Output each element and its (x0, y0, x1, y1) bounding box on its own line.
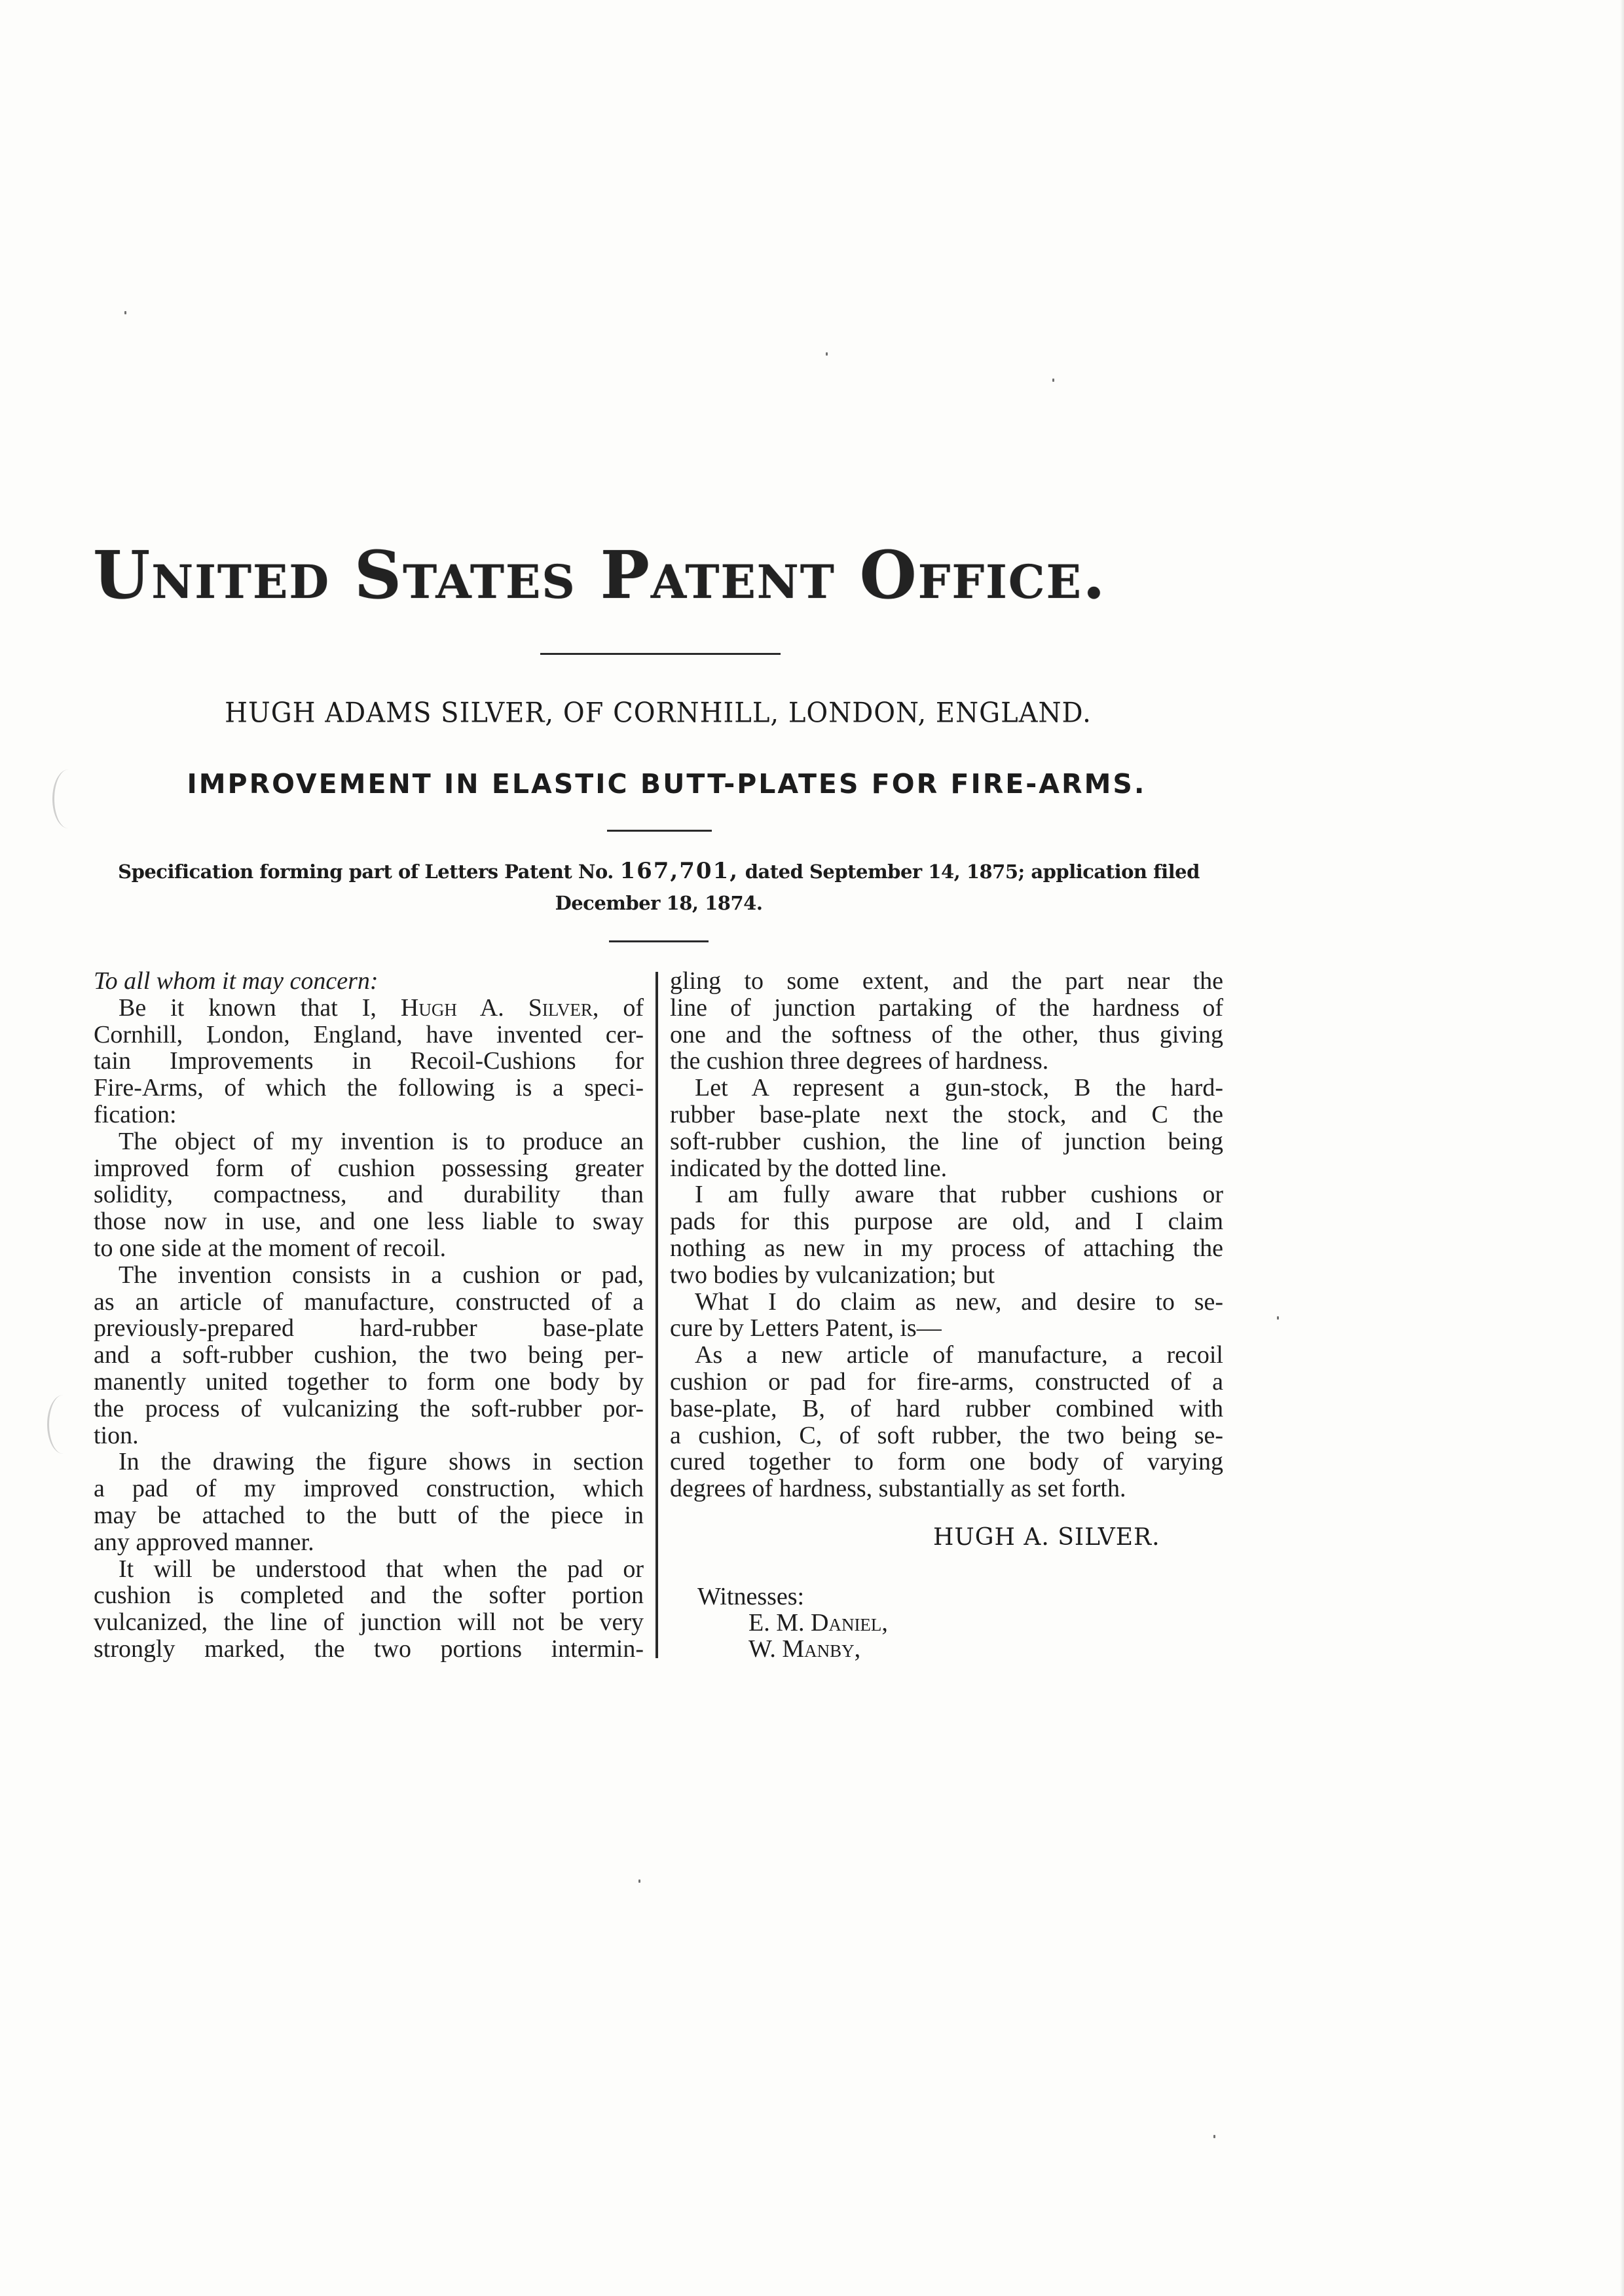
text-line: cure by Letters Patent, is— (670, 1315, 1223, 1342)
text-run: pads for this purpose are old, and I cla… (670, 1208, 1223, 1235)
text-run: two bodies by vulcanization; but (670, 1261, 995, 1289)
text-run: rubber base-plate next the stock, and C … (670, 1101, 1223, 1128)
text-run: cushion or pad for fire-arms, constructe… (670, 1368, 1223, 1396)
inventor-signature: HUGH A. SILVER. (933, 1523, 1160, 1552)
text-run: What I do claim as new, and desire to se… (695, 1288, 1223, 1316)
text-run: any approved manner. (94, 1528, 314, 1556)
text-line: manently united together to form one bod… (94, 1369, 644, 1396)
text-line: base-plate, B, of hard rubber combined w… (670, 1396, 1223, 1422)
text-line: In the drawing the figure shows in secti… (94, 1449, 644, 1475)
title-rule (607, 830, 712, 832)
text-line: a cushion, C, of soft rubber, the two be… (670, 1422, 1223, 1449)
text-line: those now in use, and one less liable to… (94, 1208, 644, 1235)
text-run: a pad of my improved construction, which (94, 1475, 644, 1502)
text-line: a pad of my improved construction, which (94, 1475, 644, 1502)
text-line: The invention consists in a cushion or p… (94, 1262, 644, 1289)
text-line: as an article of manufacture, constructe… (94, 1289, 644, 1316)
text-line: degrees of hardness, substantially as se… (670, 1475, 1223, 1502)
text-run: a cushion, C, of soft rubber, the two be… (670, 1422, 1223, 1449)
specification-rule (609, 940, 709, 942)
invention-title: IMPROVEMENT IN ELASTIC BUTT-PLATES FOR F… (0, 768, 1333, 800)
text-run: the cushion three degrees of hardness. (670, 1047, 1048, 1075)
text-line: gling to some extent, and the part near … (670, 968, 1223, 995)
text-run: line of junction partaking of the hardne… (670, 994, 1223, 1022)
text-run: degrees of hardness, substantially as se… (670, 1475, 1126, 1502)
scan-speck (1213, 2135, 1215, 2138)
text-run: improved form of cushion possessing grea… (94, 1155, 644, 1182)
text-run: previously-prepared hard-rubber base-pla… (94, 1314, 644, 1342)
right-column-body: gling to some extent, and the part near … (670, 968, 1223, 1502)
application-filed-date: December 18, 1874. (0, 887, 1318, 919)
text-run: In the drawing the figure shows in secti… (119, 1448, 644, 1475)
text-line: line of junction partaking of the hardne… (670, 995, 1223, 1022)
patent-number: 167,701, (619, 858, 739, 884)
scan-speck (826, 352, 828, 356)
text-run: the process of vulcanizing the soft-rubb… (94, 1395, 644, 1422)
text-line: tain Improvements in Recoil-Cushions for (94, 1048, 644, 1075)
text-line: and a soft-rubber cushion, the two being… (94, 1342, 644, 1369)
text-line: fication: (94, 1102, 644, 1128)
left-column: To all whom it may concern: Be it known … (94, 968, 644, 1663)
specification-dated: dated September 14, 1875; application fi… (745, 861, 1200, 883)
text-run: and a soft-rubber cushion, the two being… (94, 1341, 644, 1369)
scan-speck (124, 311, 126, 314)
text-run: to one side at the moment of recoil. (94, 1234, 446, 1262)
text-line: may be attached to the butt of the piece… (94, 1502, 644, 1529)
scan-edge-shadow (1620, 0, 1624, 2296)
specification-first-line: Specification forming part of Letters Pa… (0, 855, 1318, 887)
scan-speck (638, 1879, 640, 1883)
text-run: cure by Letters Patent, is— (670, 1314, 942, 1342)
text-line: Let A represent a gun-stock, B the hard- (670, 1075, 1223, 1102)
text-run: tain Improvements in Recoil-Cushions for (94, 1047, 644, 1075)
text-run: manently united together to form one bod… (94, 1368, 644, 1396)
witnesses-label: Witnesses: (697, 1583, 804, 1610)
text-line: strongly marked, the two portions interm… (94, 1636, 644, 1663)
text-line: pads for this purpose are old, and I cla… (670, 1208, 1223, 1235)
specification-line: Specification forming part of Letters Pa… (0, 855, 1318, 919)
text-run: strongly marked, the two portions interm… (94, 1635, 644, 1663)
text-line: As a new article of manufacture, a recoi… (670, 1342, 1223, 1369)
text-line: nothing as new in my process of attachin… (670, 1235, 1223, 1262)
punch-hole-mark (52, 769, 84, 828)
text-line: rubber base-plate next the stock, and C … (670, 1102, 1223, 1128)
text-run: those now in use, and one less liable to… (94, 1208, 644, 1235)
scan-speck (1052, 379, 1054, 382)
header-rule (540, 653, 781, 655)
text-run: cushion is completed and the softer port… (94, 1582, 644, 1609)
text-run: solidity, compactness, and durability th… (94, 1181, 644, 1208)
scan-speck (1277, 1316, 1279, 1320)
text-run: , of (593, 994, 644, 1022)
text-run: fication: (94, 1101, 177, 1128)
text-run: I am fully aware that rubber cushions or (695, 1181, 1223, 1208)
text-run: one and the softness of the other, thus … (670, 1021, 1223, 1048)
scan-speck (711, 1164, 713, 1168)
text-run: Cornhill, London, England, have invented… (94, 1021, 644, 1048)
text-line: indicated by the dotted line. (670, 1155, 1223, 1182)
text-run: Let A represent a gun-stock, B the hard- (695, 1074, 1223, 1102)
text-run: As a new article of manufacture, a recoi… (695, 1341, 1223, 1369)
text-run: tion. (94, 1422, 139, 1449)
text-run: Be it known that I, (119, 994, 401, 1022)
text-run: base-plate, B, of hard rubber combined w… (670, 1395, 1223, 1422)
text-line: solidity, compactness, and durability th… (94, 1181, 644, 1208)
text-line: two bodies by vulcanization; but (670, 1262, 1223, 1289)
text-line: improved form of cushion possessing grea… (94, 1155, 644, 1182)
text-line: the cushion three degrees of hardness. (670, 1048, 1223, 1075)
text-line: cushion or pad for fire-arms, constructe… (670, 1369, 1223, 1396)
text-line: Cornhill, London, England, have invented… (94, 1022, 644, 1048)
left-column-body: Be it known that I, Hugh A. Silver, ofCo… (94, 995, 644, 1663)
inventor-line: HUGH ADAMS SILVER, OF CORNHILL, LONDON, … (0, 696, 1316, 731)
text-line: Fire-Arms, of which the following is a s… (94, 1075, 644, 1102)
text-run: The object of my invention is to produce… (119, 1128, 644, 1155)
text-line: It will be understood that when the pad … (94, 1556, 644, 1583)
text-line: What I do claim as new, and desire to se… (670, 1289, 1223, 1316)
salutation: To all whom it may concern: (94, 968, 644, 995)
right-column: gling to some extent, and the part near … (670, 968, 1223, 1502)
text-line: cured together to form one body of varyi… (670, 1449, 1223, 1475)
text-run: indicated by the dotted line. (670, 1155, 947, 1182)
text-run: soft-rubber cushion, the line of junctio… (670, 1128, 1223, 1155)
text-line: cushion is completed and the softer port… (94, 1582, 644, 1609)
text-line: one and the softness of the other, thus … (670, 1022, 1223, 1048)
text-line: The object of my invention is to produce… (94, 1128, 644, 1155)
punch-hole-mark (47, 1395, 79, 1454)
text-line: the process of vulcanizing the soft-rubb… (94, 1396, 644, 1422)
text-run: Hugh A. Silver (401, 994, 593, 1022)
text-run: Fire-Arms, of which the following is a s… (94, 1074, 644, 1102)
specification-prefix: Specification forming part of Letters Pa… (118, 861, 614, 883)
witness-name: E. M. Daniel, (748, 1610, 888, 1636)
text-run: cured together to form one body of varyi… (670, 1448, 1223, 1475)
text-run: as an article of manufacture, constructe… (94, 1288, 644, 1316)
witness-name: W. Manby, (748, 1636, 860, 1662)
text-run: gling to some extent, and the part near … (670, 967, 1223, 995)
text-line: any approved manner. (94, 1529, 644, 1556)
text-line: to one side at the moment of recoil. (94, 1235, 644, 1262)
text-run: nothing as new in my process of attachin… (670, 1234, 1223, 1262)
text-run: It will be understood that when the pad … (119, 1555, 644, 1583)
text-run: The invention consists in a cushion or p… (119, 1261, 644, 1289)
column-divider (655, 972, 658, 1658)
text-line: soft-rubber cushion, the line of junctio… (670, 1128, 1223, 1155)
text-run: vulcanized, the line of junction will no… (94, 1608, 644, 1636)
scan-speck (211, 1041, 213, 1045)
text-line: tion. (94, 1422, 644, 1449)
text-line: vulcanized, the line of junction will no… (94, 1609, 644, 1636)
text-line: previously-prepared hard-rubber base-pla… (94, 1315, 644, 1342)
text-line: Be it known that I, Hugh A. Silver, of (94, 995, 644, 1022)
text-run: may be attached to the butt of the piece… (94, 1502, 644, 1529)
text-line: I am fully aware that rubber cushions or (670, 1181, 1223, 1208)
office-title: United States Patent Office. (93, 536, 1226, 614)
